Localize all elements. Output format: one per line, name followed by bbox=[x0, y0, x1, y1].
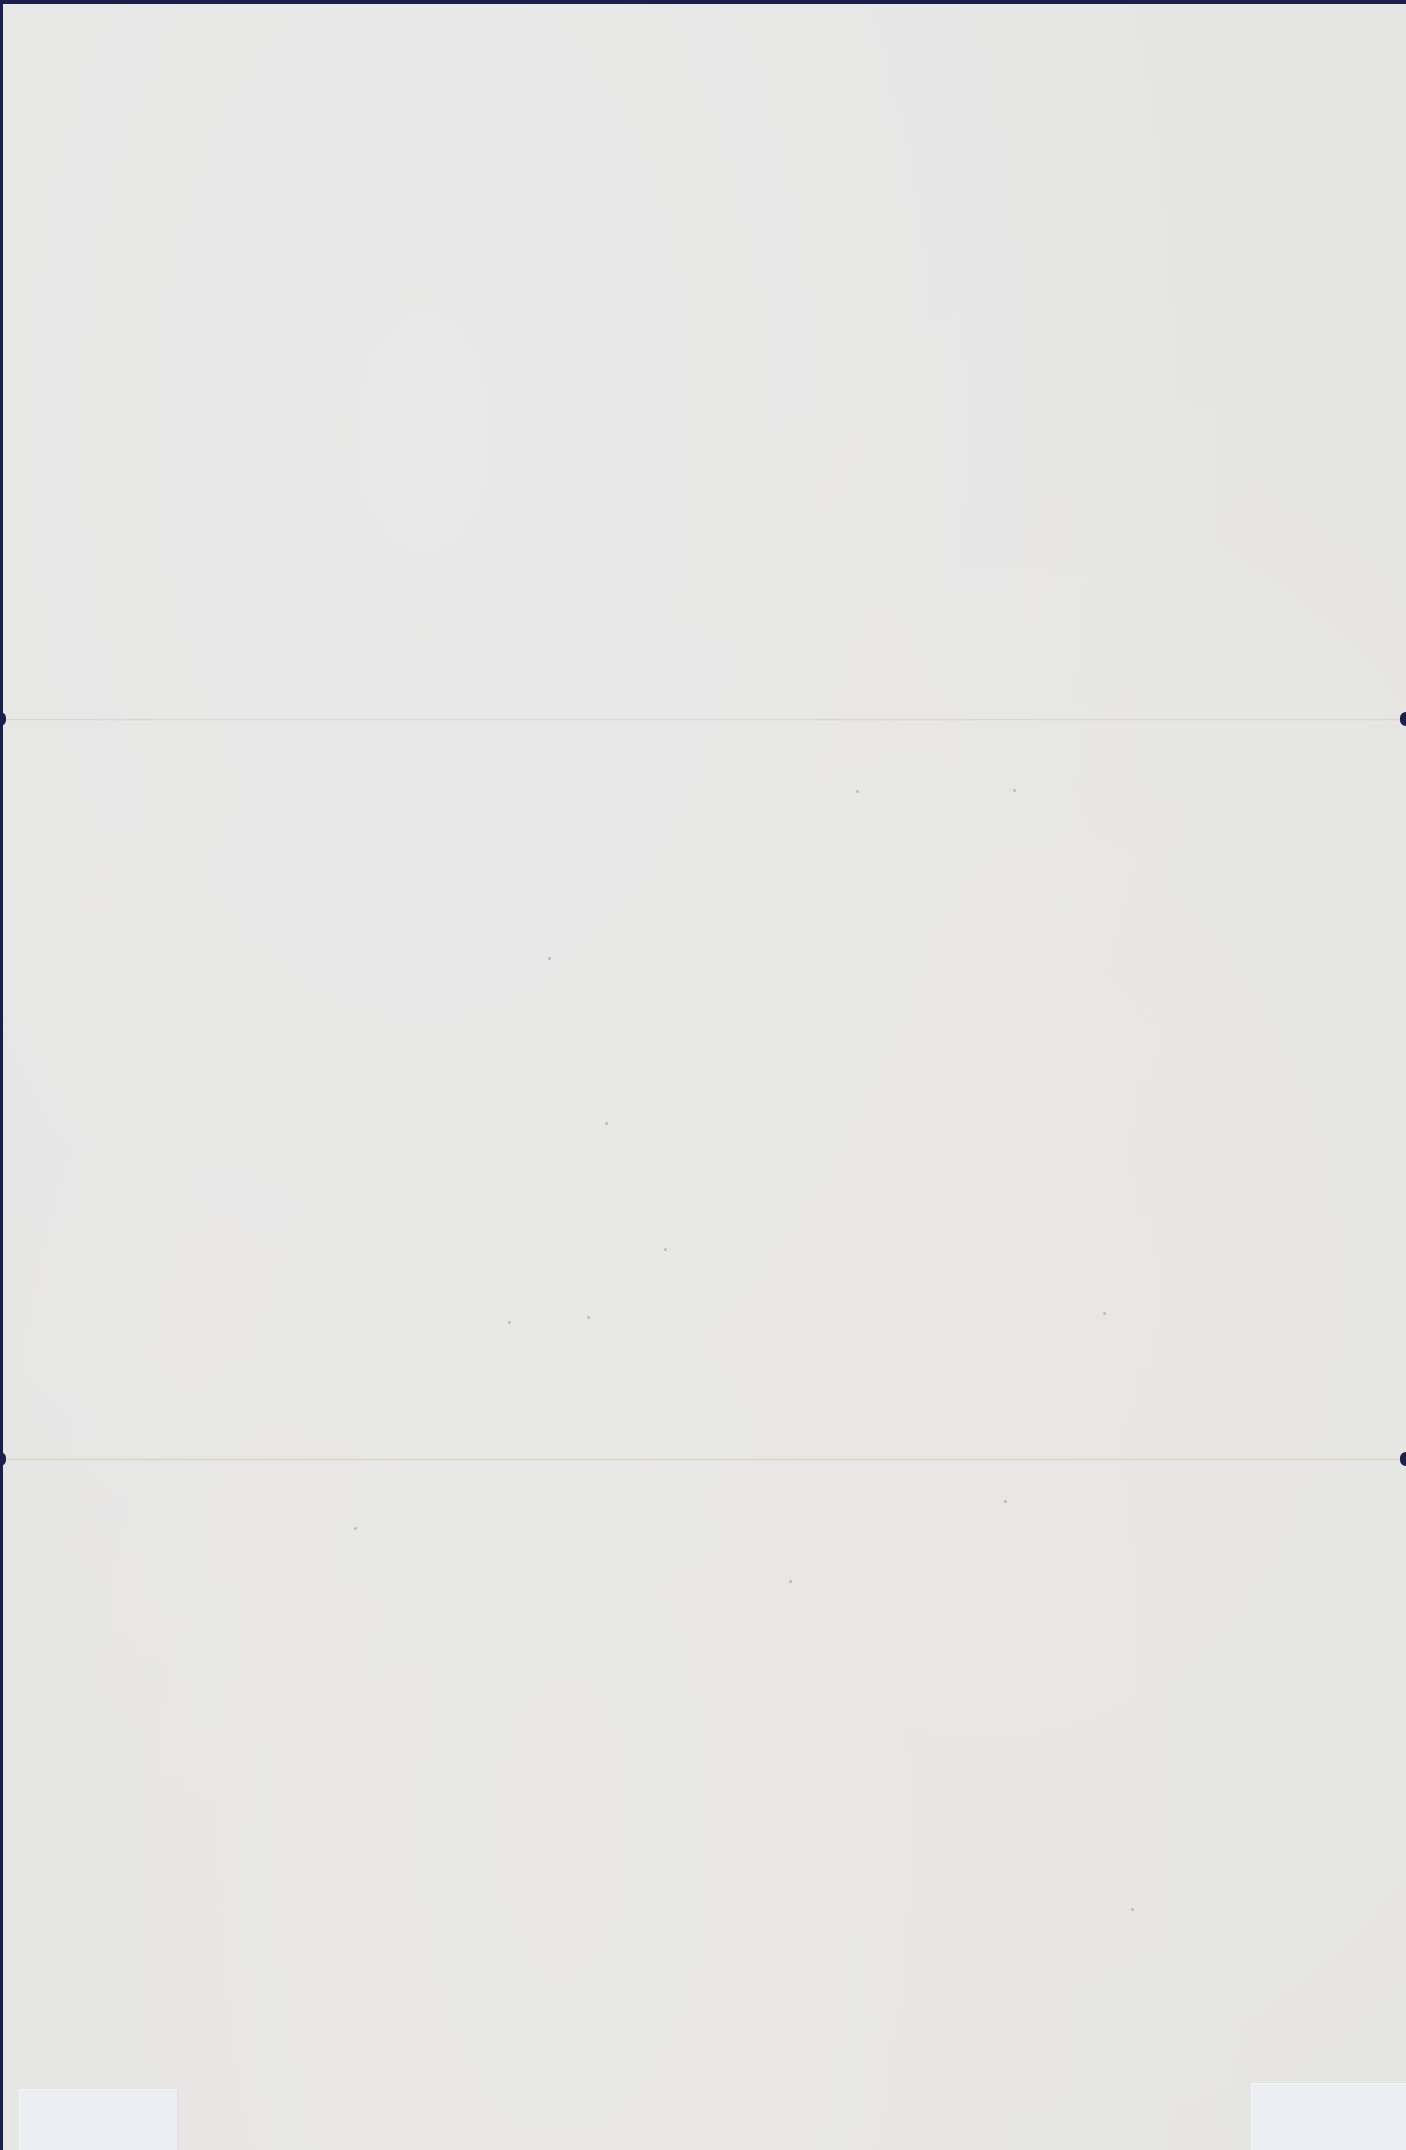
upper-fold-crease bbox=[3, 718, 1406, 721]
paper-speck bbox=[856, 790, 859, 793]
paper-speck bbox=[587, 1316, 590, 1319]
tape-patch-bottom-right bbox=[1251, 2083, 1406, 2150]
right-fold-notch-lower bbox=[1400, 1452, 1406, 1466]
paper-speck bbox=[1103, 1312, 1106, 1315]
paper-speck bbox=[354, 1527, 357, 1530]
paper-sheet bbox=[3, 4, 1406, 2150]
paper-speck bbox=[1131, 1908, 1134, 1911]
paper-speck bbox=[789, 1580, 792, 1583]
paper-speck bbox=[1013, 789, 1016, 792]
scan-background bbox=[0, 0, 1406, 2150]
paper-speck bbox=[508, 1321, 511, 1324]
tape-patch-bottom-left bbox=[19, 2089, 178, 2150]
paper-speck bbox=[605, 1122, 608, 1125]
paper-speck bbox=[548, 957, 551, 960]
paper-speck bbox=[1004, 1500, 1007, 1503]
paper-speck bbox=[664, 1248, 667, 1251]
right-fold-notch bbox=[1400, 712, 1406, 726]
lower-fold-crease bbox=[3, 1458, 1406, 1461]
